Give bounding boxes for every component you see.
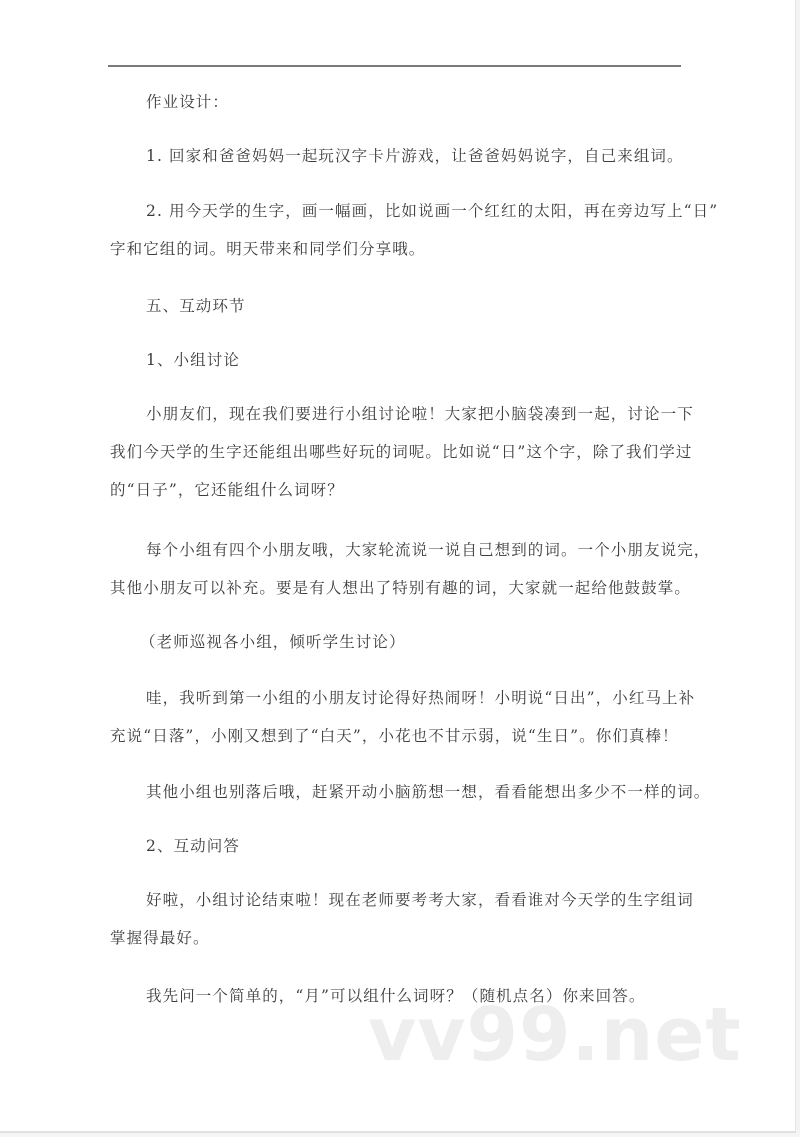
- homework-heading: 作业设计：: [146, 92, 229, 112]
- paragraph-line: 的“日子”，它还能组什么词呀？: [110, 480, 344, 500]
- watermark: vv99.net: [368, 995, 742, 1075]
- header-rule: [108, 65, 681, 67]
- subsection-2-heading: 2、互动问答: [146, 836, 240, 856]
- paragraph-line: 其他小朋友可以补充。要是有人想出了特别有趣的词，大家就一起给他鼓鼓掌。: [110, 578, 691, 598]
- paragraph-line: 每个小组有四个小朋友哦，大家轮流说一说自己想到的词。一个小朋友说完，: [146, 540, 710, 560]
- section-five-heading: 五、互动环节: [146, 296, 246, 316]
- stage-direction: （老师巡视各小组，倾听学生讨论）: [140, 632, 406, 652]
- paragraph-line: 掌握得最好。: [110, 928, 210, 948]
- document-page: 作业设计： 1. 回家和爸爸妈妈一起玩汉字卡片游戏，让爸爸妈妈说字，自己来组词。…: [0, 0, 796, 1133]
- homework-item-2-line-1: 2. 用今天学的生字，画一幅画，比如说画一个红红的太阳，再在旁边写上“日”: [146, 201, 718, 221]
- paragraph-line: 我们今天学的生字还能组出哪些好玩的词呢。比如说“日”这个字，除了我们学过: [110, 442, 692, 462]
- homework-item-1: 1. 回家和爸爸妈妈一起玩汉字卡片游戏，让爸爸妈妈说字，自己来组词。: [146, 146, 684, 166]
- paragraph-line: 小朋友们，现在我们要进行小组讨论啦！大家把小脑袋凑到一起，讨论一下: [146, 404, 694, 424]
- paragraph-line: 充说“日落”，小刚又想到了“白天”，小花也不甘示弱，说“生日”。你们真棒！: [110, 726, 679, 746]
- subsection-1-heading: 1、小组讨论: [146, 350, 240, 370]
- homework-item-2-line-2: 字和它组的词。明天带来和同学们分享哦。: [110, 239, 425, 259]
- paragraph-line: 好啦，小组讨论结束啦！现在老师要考考大家，看看谁对今天学的生字组词: [146, 890, 694, 910]
- paragraph-line: 哇，我听到第一小组的小朋友讨论得好热闹呀！小明说“日出”，小红马上补: [146, 688, 695, 708]
- paragraph-line: 其他小组也别落后哦，赶紧开动小脑筋想一想，看看能想出多少不一样的词。: [146, 782, 710, 802]
